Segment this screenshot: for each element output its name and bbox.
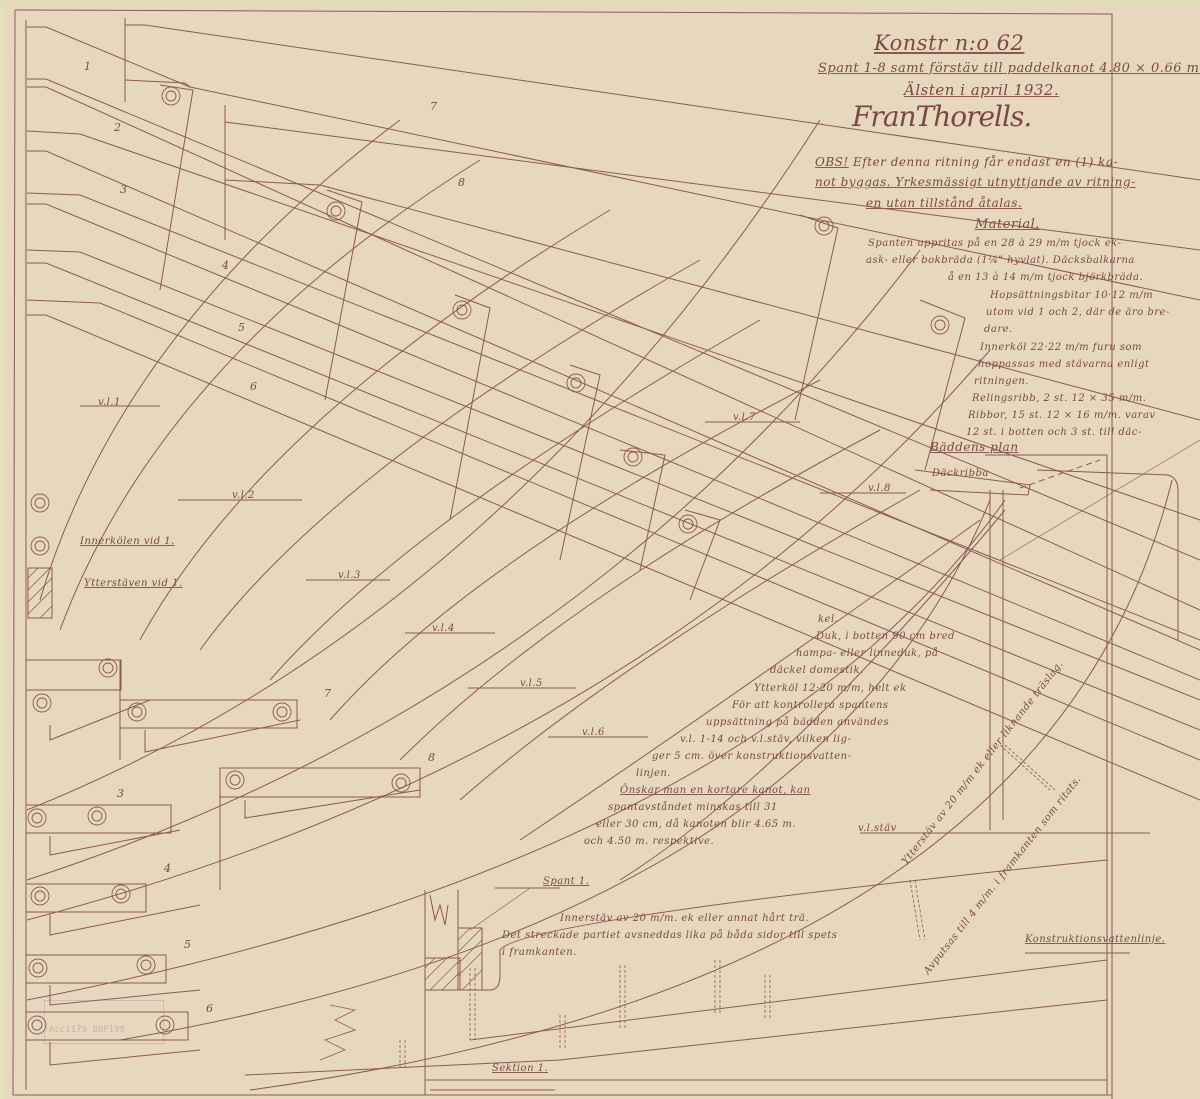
obs-label: OBS! bbox=[815, 155, 849, 169]
frame-number: 4 bbox=[222, 259, 229, 272]
waterline-label: v.l.6 bbox=[582, 727, 605, 738]
frame-number: 4 bbox=[164, 862, 171, 875]
innerstav-note: Det streckade partiet avsneddas lika på … bbox=[502, 930, 837, 941]
material-line: Innerköl 22·22 m/m furu som bbox=[980, 342, 1142, 353]
material-line: ask- eller bokbräda (1¼" hyvlat). Däcksb… bbox=[866, 255, 1135, 266]
waterline-label: v.l.4 bbox=[432, 623, 455, 634]
material-line: Relingsribb, 2 st. 12 × 35 m/m. bbox=[972, 393, 1146, 404]
note-line: kel. bbox=[818, 614, 838, 625]
innerstav-note: Innerstäv av 20 m/m. ek eller annat hårt… bbox=[560, 913, 809, 924]
ytterstaven-label: Ytterstäven vid 1. bbox=[84, 578, 183, 589]
note-line: eller 30 cm, då kanoten blir 4.65 m. bbox=[596, 819, 796, 830]
note-line: v.l. 1-14 och v.l.stäv, vilken lig- bbox=[680, 734, 851, 745]
frame-number: 5 bbox=[184, 938, 191, 951]
frame-number: 3 bbox=[117, 787, 124, 800]
note-line: hampa- eller linneduk, på bbox=[796, 648, 938, 659]
spant-1-label: Spant 1. bbox=[543, 876, 589, 887]
material-heading: Material. bbox=[975, 217, 1040, 232]
waterline-label: v.l.stäv bbox=[858, 823, 897, 834]
sektion-1-label: Sektion 1. bbox=[492, 1063, 548, 1074]
konstruktionsvattenlinje-label: Konstruktionsvattenlinje. bbox=[1025, 934, 1165, 945]
material-line: hoppassas med stävarna enligt bbox=[978, 359, 1150, 370]
note-line: däckel domestik. bbox=[770, 665, 864, 676]
frame-number: 5 bbox=[238, 321, 245, 334]
drawing-sheet: Konstr n:o 62 Spant 1-8 samt förstäv til… bbox=[0, 0, 1200, 1099]
waterline-label: v.l.7 bbox=[733, 412, 756, 423]
frame-number: 6 bbox=[250, 380, 257, 393]
innerstav-note: i framkanten. bbox=[502, 947, 577, 958]
drawing-title: Konstr n:o 62 bbox=[874, 31, 1024, 55]
signature: FranThorells. bbox=[852, 100, 1031, 133]
material-line: Ribbor, 15 st. 12 × 16 m/m. varav bbox=[968, 410, 1156, 421]
frame-number: 3 bbox=[120, 183, 127, 196]
material-line: Hopsättningsbitar 10·12 m/m bbox=[990, 290, 1153, 301]
frame-number: 7 bbox=[430, 100, 437, 113]
waterline-label: v.l.8 bbox=[868, 483, 891, 494]
material-line: å en 13 à 14 m/m tjock björkbräda. bbox=[948, 272, 1143, 283]
material-line: Spanten uppritas på en 28 à 29 m/m tjock… bbox=[868, 238, 1121, 249]
frame-number: 6 bbox=[206, 1002, 213, 1015]
dackribba-label: Däckribba bbox=[932, 468, 989, 479]
note-line: Duk, i botten 90 cm bred bbox=[816, 631, 955, 642]
note-line: Önskar man en kortare kanot, kan bbox=[620, 785, 810, 796]
frame-number: 7 bbox=[324, 687, 331, 700]
obs-line-3: en utan tillstånd åtalas. bbox=[866, 196, 1022, 210]
drawing-subtitle: Spant 1-8 samt förstäv till paddelkanot … bbox=[818, 61, 1200, 76]
note-line: spantavståndet minskas till 31 bbox=[608, 802, 778, 813]
note-line: För att kontrollera spantens bbox=[732, 700, 889, 711]
waterline-label: v.l.2 bbox=[232, 490, 255, 501]
note-line: och 4.50 m. respektive. bbox=[584, 836, 714, 847]
frame-number: 8 bbox=[458, 176, 465, 189]
material-line: dare. bbox=[984, 324, 1013, 335]
frame-number: 2 bbox=[114, 121, 121, 134]
note-line: ger 5 cm. över konstruktionsvatten- bbox=[652, 751, 851, 762]
archive-stamp-text: Acc1179 88F198 bbox=[49, 1025, 163, 1035]
obs-line-2: not byggas. Yrkesmässigt utnyttjande av … bbox=[815, 175, 1136, 189]
material-line: 12 st. i botten och 3 st. till däc- bbox=[966, 427, 1142, 438]
note-line: linjen. bbox=[636, 768, 671, 779]
material-line: ritningen. bbox=[974, 376, 1029, 387]
waterline-label: v.l.5 bbox=[520, 678, 543, 689]
frame-number: 1 bbox=[84, 60, 91, 73]
note-line: uppsättning på bädden användes bbox=[706, 717, 889, 728]
baddens-plan-label: Bäddens plan bbox=[930, 440, 1019, 454]
waterline-label: v.l.1 bbox=[98, 397, 121, 408]
archive-stamp: Acc1179 88F198 bbox=[44, 1000, 164, 1044]
frame-number: 8 bbox=[428, 751, 435, 764]
waterline-label: v.l.3 bbox=[338, 570, 361, 581]
innerkolen-label: Innerkölen vid 1. bbox=[80, 536, 175, 547]
obs-line-1: Efter denna ritning får endast en (1) ka… bbox=[853, 155, 1118, 169]
material-line: utom vid 1 och 2, där de äro bre- bbox=[986, 307, 1170, 318]
place-date: Älsten i april 1932. bbox=[904, 81, 1059, 99]
note-line: Ytterköl 12·20 m/m, helt ek bbox=[754, 683, 907, 694]
